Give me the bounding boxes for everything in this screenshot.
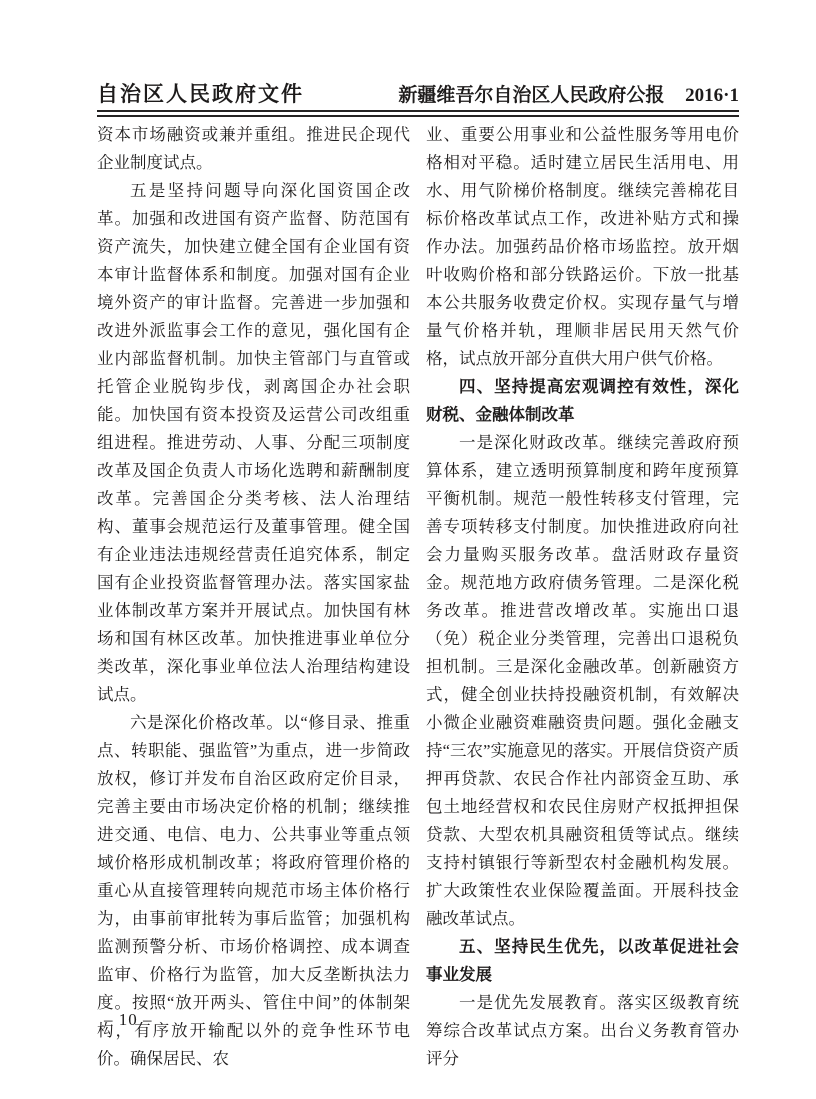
document-category-title: 自治区人民政府文件 (97, 78, 304, 108)
paragraph-education-reform: 一是优先发展教育。落实区级教育统筹综合改革试点方案。出台义务教育管办评分 (426, 989, 739, 1073)
gazette-title: 新疆维吾尔自治区人民政府公报 (398, 85, 664, 106)
paragraph-fiscal-reform: 一是深化财政改革。继续完善政府预算体系，建立透明预算制度和跨年度预算平衡机制。规… (426, 429, 739, 933)
left-column: 资本市场融资或兼并重组。推进民企现代企业制度试点。 五是坚持问题导向深化国资国企… (97, 121, 410, 1073)
paragraph-item-five: 五是坚持问题导向深化国资国企改革。加强和改进国有资产监督、防范国有资产流失，加快… (97, 177, 410, 709)
paragraph-continuation: 资本市场融资或兼并重组。推进民企现代企业制度试点。 (97, 121, 410, 177)
page-footer: – 10 – (104, 1010, 153, 1030)
gazette-title-group: 新疆维吾尔自治区人民政府公报 2016·1 (398, 80, 739, 107)
section-heading-five: 五、坚持民生优先，以改革促进社会事业发展 (426, 933, 739, 989)
page-number: – 10 – (104, 1010, 153, 1029)
paragraph-continuation: 业、重要公用事业和公益性服务等用电价格相对平稳。适时建立居民生活用电、用水、用气… (426, 121, 739, 373)
page-header: 自治区人民政府文件 新疆维吾尔自治区人民政府公报 2016·1 (97, 78, 739, 108)
section-heading-four: 四、坚持提高宏观调控有效性，深化财税、金融体制改革 (426, 373, 739, 429)
document-body: 资本市场融资或兼并重组。推进民企现代企业制度试点。 五是坚持问题导向深化国资国企… (97, 121, 739, 1073)
issue-number: 2016·1 (685, 85, 739, 106)
header-double-rule (97, 110, 739, 117)
gazette-page: 自治区人民政府文件 新疆维吾尔自治区人民政府公报 2016·1 资本市场融资或兼… (0, 0, 816, 1099)
right-column: 业、重要公用事业和公益性服务等用电价格相对平稳。适时建立居民生活用电、用水、用气… (426, 121, 739, 1073)
